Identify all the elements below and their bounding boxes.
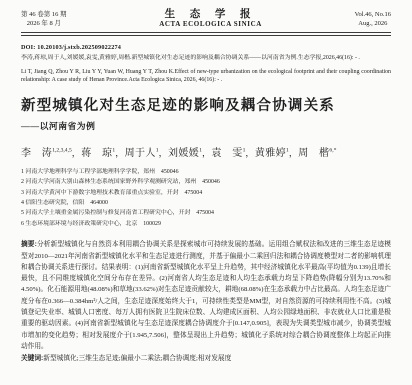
- author-separator: ，: [202, 148, 211, 158]
- author-name: 黄雅婷: [255, 148, 286, 159]
- article-subtitle: ——以河南省为例: [21, 119, 391, 132]
- header-divider: [21, 32, 391, 36]
- author-name: 周 楷: [298, 148, 329, 159]
- author-name: 袁 雯: [211, 148, 242, 159]
- author: 周于人1: [125, 148, 159, 159]
- author: 蒋 琼1: [81, 148, 115, 159]
- author-name: 蒋 琼: [81, 148, 112, 159]
- author-affil-sup: 1,2,3,4,5: [52, 147, 72, 153]
- keywords-line: 关键词:新型城镇化;三维生态足迹;偏最小二乘法;耦合协调度;相对发展度: [21, 353, 391, 364]
- doi-line: DOI: 10.20103/j.stxb.202509022274: [21, 44, 391, 51]
- keywords-label: 关键词:: [21, 355, 43, 362]
- author: 袁 雯1: [211, 148, 245, 159]
- header-right-block: Vol.46, No.16 Aug., 2026: [355, 10, 391, 28]
- journal-header: 第 46 卷第 16 期 2026 年 8 月 生 态 学 报 ACTA ECO…: [21, 9, 391, 29]
- affiliation-list: 1 河南大学地理科学与工程学部地理科学学院，郑州 450046 2 河南大学河南…: [21, 167, 391, 229]
- author-name: 周于人: [125, 148, 156, 159]
- abstract-label: 摘要:: [21, 241, 37, 248]
- citation-chinese: 李涛,蒋琼,周于人,刘媛媛,袁雯,黄雅婷,周楷.新型城镇化对生态足迹的影响及耦合…: [21, 54, 391, 63]
- author: 周 楷6,*: [298, 148, 336, 159]
- author-separator: ，: [289, 148, 298, 158]
- author: 刘媛媛1: [168, 148, 202, 159]
- paper-page: 第 46 卷第 16 期 2026 年 8 月 生 态 学 报 ACTA ECO…: [0, 0, 412, 364]
- journal-name-block: 生 态 学 报 ACTA ECOLOGICA SINICA: [159, 9, 262, 29]
- author-separator: ，: [245, 148, 254, 158]
- affiliation-line: 3 河南大学黄河中下游数字地理技术教育部重点实验室，开封 475004: [21, 188, 391, 198]
- affiliation-line: 6 生态环境部环境与经济政策研究中心，北京 100029: [21, 219, 391, 229]
- volume-issue-cn: 第 46 卷第 16 期: [21, 10, 67, 19]
- journal-name-cn: 生 态 学 报: [159, 9, 262, 20]
- article-title: 新型城镇化对生态足迹的影响及耦合协调关系: [21, 98, 391, 115]
- author-line: 李 涛1,2,3,4,5，蒋 琼1，周于人1，刘媛媛1，袁 雯1，黄雅婷1，周 …: [21, 144, 391, 159]
- author-affil-sup: 6,*: [329, 147, 336, 153]
- affiliation-line: 2 河南大学河南大别山森林生态系统国家野外科学观测研究站，郑州 450046: [21, 177, 391, 187]
- abstract-paragraph: 摘要:分析新型城镇化与自然资本利用耦合协调关系是探索城市可持续发展的基础。运用组…: [21, 239, 391, 352]
- affiliation-line: 4 信阳生态研究院，信阳 464000: [21, 198, 391, 208]
- volume-issue-en: Vol.46, No.16: [355, 10, 391, 19]
- author-separator: ，: [72, 148, 81, 158]
- author: 黄雅婷1: [255, 148, 289, 159]
- header-left-block: 第 46 卷第 16 期 2026 年 8 月: [21, 10, 67, 28]
- abstract-body: 分析新型城镇化与自然资本利用耦合协调关系是探索城市可持续发展的基础。运用组合赋权…: [21, 241, 391, 350]
- journal-name-en: ACTA ECOLOGICA SINICA: [159, 20, 262, 29]
- citation-english: Li T, Jiang Q, Zhou Y R, Liu Y Y, Yuan W…: [21, 68, 391, 85]
- keywords-body: 新型城镇化;三维生态足迹;偏最小二乘法;耦合协调度;相对发展度: [43, 355, 231, 362]
- affiliation-line: 1 河南大学地理科学与工程学部地理科学学院，郑州 450046: [21, 167, 391, 177]
- issue-date-cn: 2026 年 8 月: [21, 19, 67, 28]
- issue-date-en: Aug., 2026: [355, 19, 391, 28]
- author-name: 李 涛: [21, 148, 52, 159]
- author-name: 刘媛媛: [168, 148, 199, 159]
- author-separator: ，: [159, 148, 168, 158]
- author: 李 涛1,2,3,4,5: [21, 148, 72, 159]
- author-separator: ，: [115, 148, 124, 158]
- affiliation-line: 5 河南大学土壤重金属污染控制与修复河南省工程研究中心，开封 475004: [21, 208, 391, 218]
